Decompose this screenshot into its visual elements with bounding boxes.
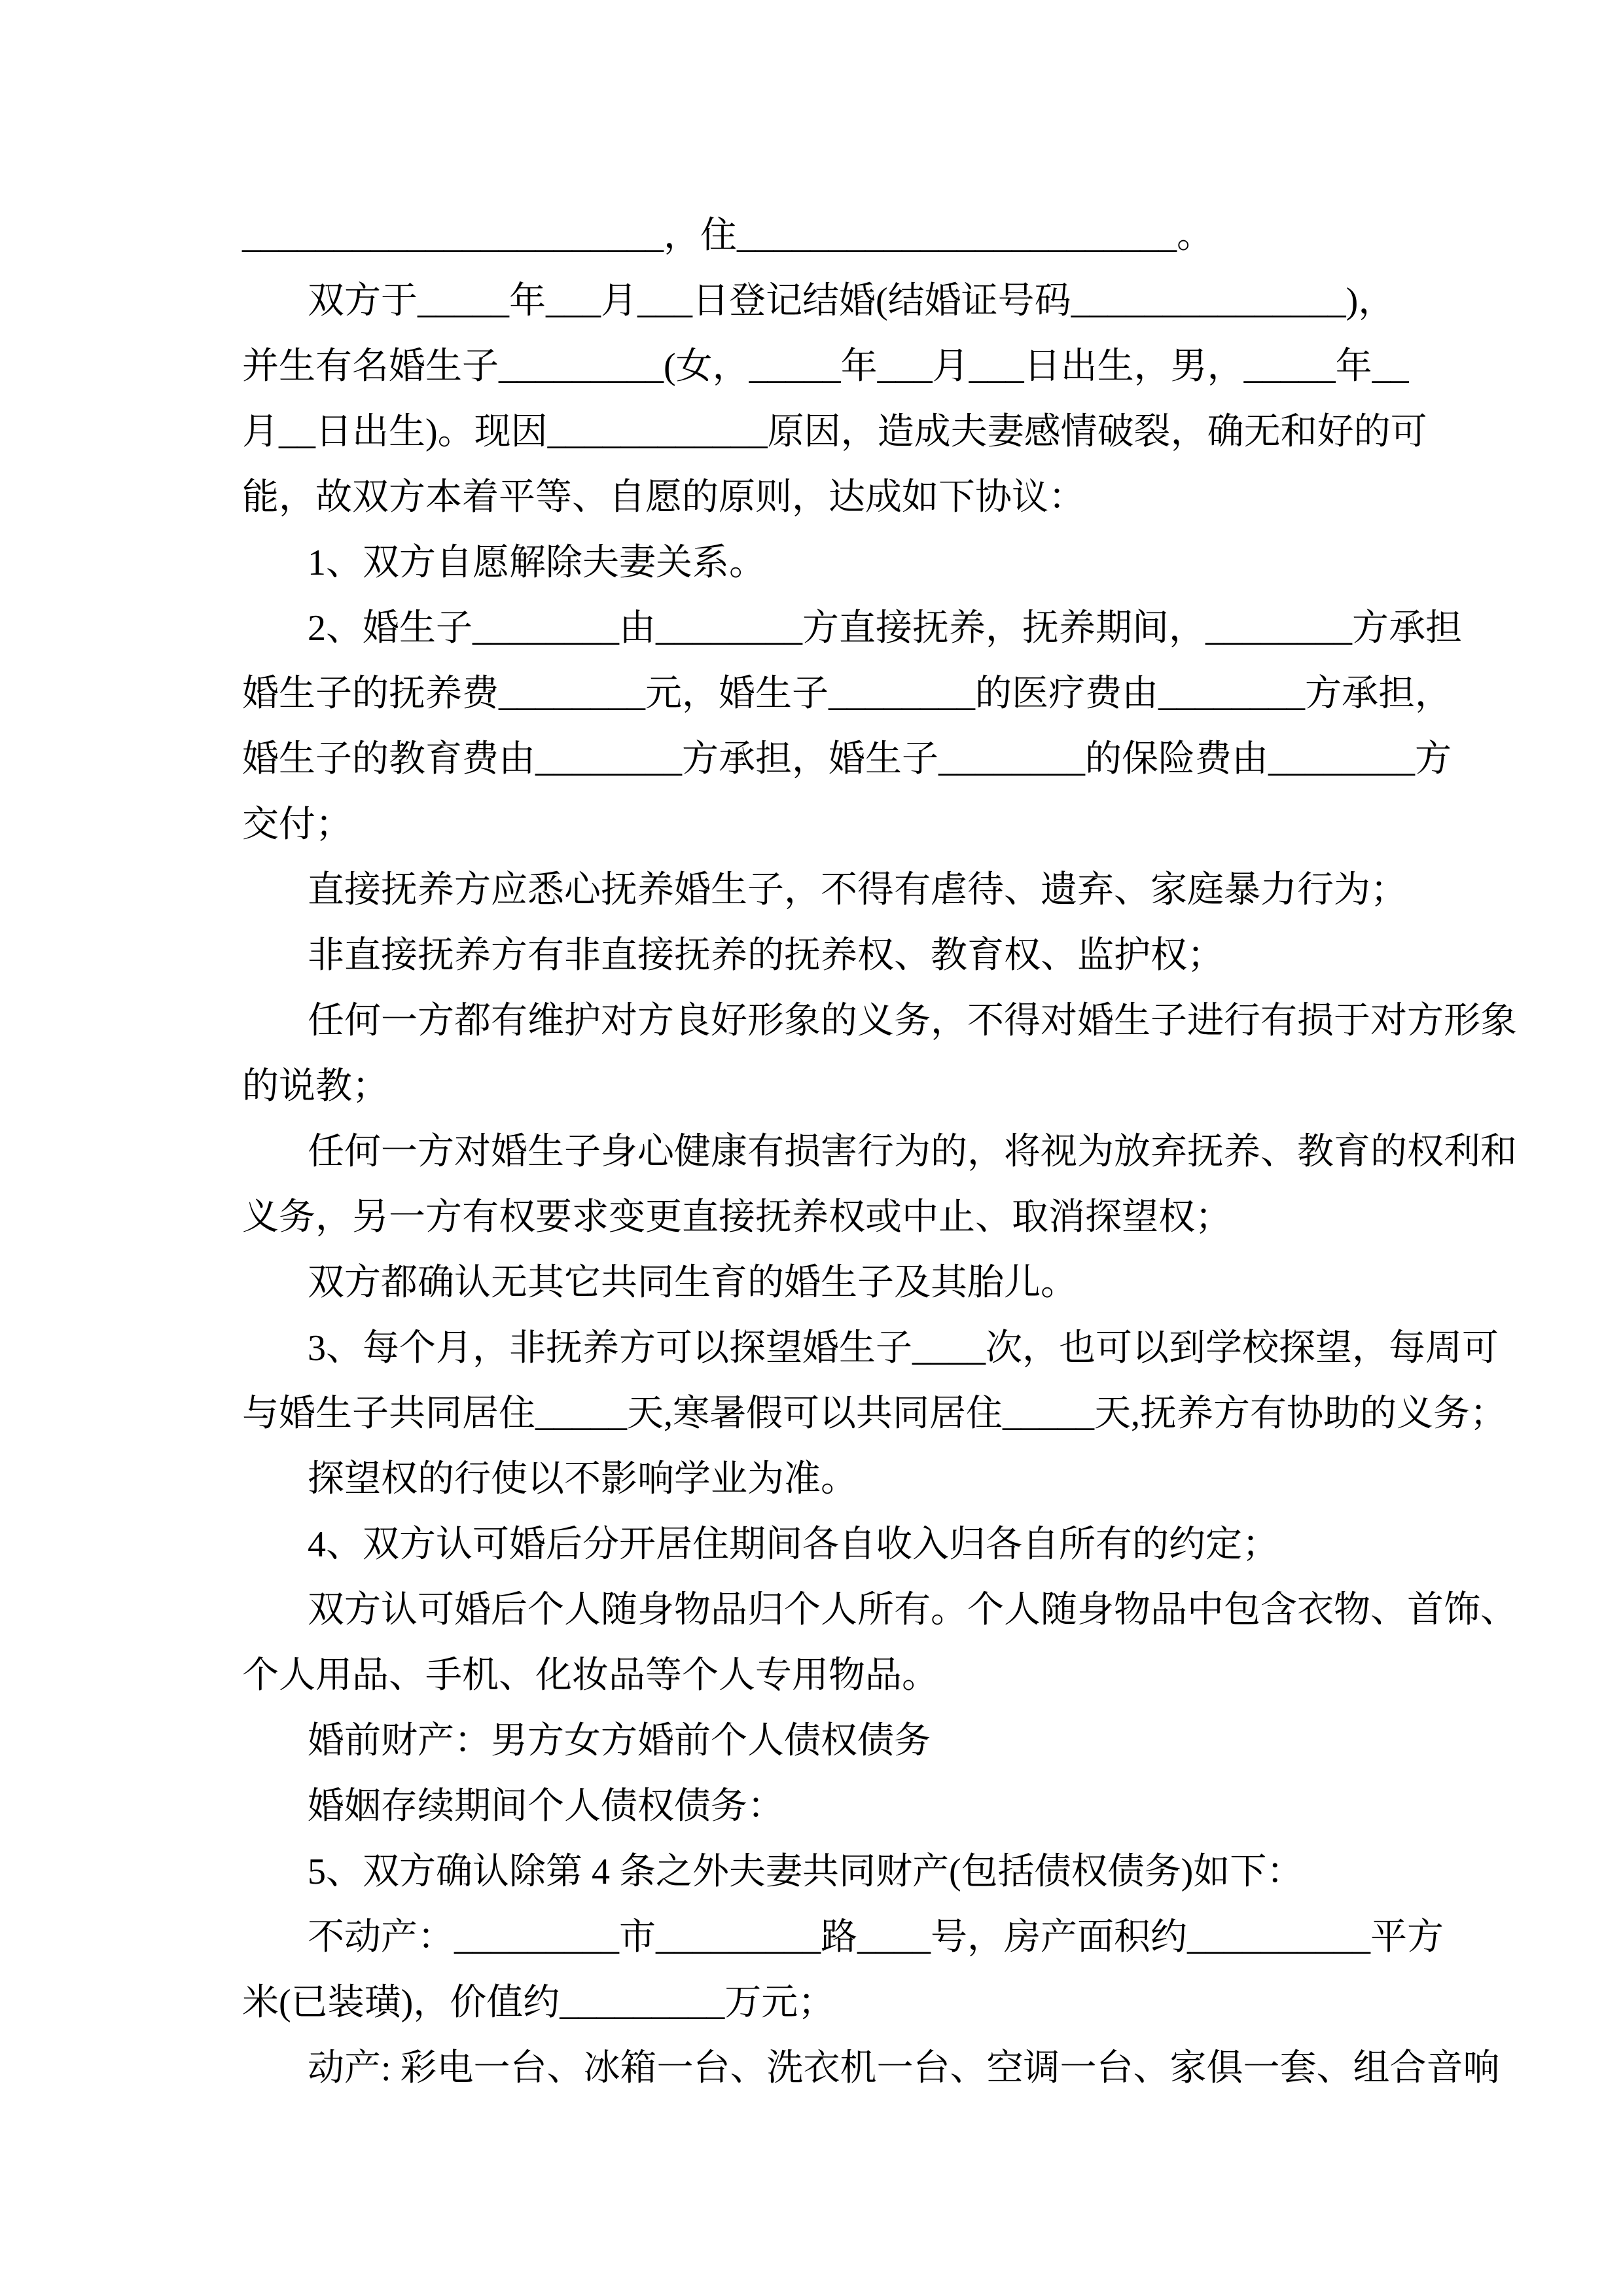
document-line: 婚姻存续期间个人债权债务： [242,1774,1446,1839]
document-line: 婚生子的教育费由________方承担，婚生子________的保险费由____… [242,726,1446,792]
document-line: 并生有名婚生子_________(女，_____年___月___日出生，男，__… [242,334,1446,399]
document-line: 婚生子的抚养费________元，婚生子________的医疗费由_______… [242,661,1446,726]
document-page: _______________________，住_______________… [0,0,1623,2296]
document-line: 个人用品、手机、化妆品等个人专用物品。 [242,1643,1446,1708]
document-line: 与婚生子共同居住_____天,寒暑假可以共同居住_____天,抚养方有协助的义务… [242,1381,1446,1446]
document-line: 月__日出生)。现因____________原因，造成夫妻感情破裂，确无和好的可 [242,399,1446,465]
document-line: 婚前财产：男方女方婚前个人债权债务 [242,1708,1446,1774]
document-line: _______________________，住_______________… [242,203,1446,268]
document-line: 4、双方认可婚后分开居住期间各自收入归各自所有的约定； [242,1512,1446,1577]
document-line: 动产: 彩电一台、冰箱一台、洗衣机一台、空调一台、家俱一套、组合音响 [242,2036,1446,2101]
document-line: 义务，另一方有权要求变更直接抚养权或中止、取消探望权； [242,1185,1446,1250]
document-line: 任何一方都有维护对方良好形象的义务，不得对婚生子进行有损于对方形象 [242,988,1446,1054]
document-line: 能，故双方本着平等、自愿的原则，达成如下协议： [242,465,1446,530]
document-line: 探望权的行使以不影响学业为准。 [242,1446,1446,1512]
document-line: 非直接抚养方有非直接抚养的抚养权、教育权、监护权； [242,923,1446,988]
document-line: 任何一方对婚生子身心健康有损害行为的，将视为放弃抚养、教育的权利和 [242,1119,1446,1185]
document-line: 米(已装璜)，价值约_________万元； [242,1970,1446,2036]
document-line: 双方都确认无其它共同生育的婚生子及其胎儿。 [242,1250,1446,1316]
document-line: 2、婚生子________由________方直接抚养，抚养期间，_______… [242,596,1446,661]
document-line: 的说教； [242,1054,1446,1119]
document-line: 3、每个月，非抚养方可以探望婚生子____次，也可以到学校探望，每周可 [242,1316,1446,1381]
document-line: 5、双方确认除第 4 条之外夫妻共同财产(包括债权债务)如下： [242,1839,1446,1905]
document-line: 双方认可婚后个人随身物品归个人所有。个人随身物品中包含衣物、首饰、 [242,1577,1446,1643]
document-line: 不动产：_________市_________路____号，房产面积约_____… [242,1905,1446,1970]
document-line: 1、双方自愿解除夫妻关系。 [242,530,1446,596]
document-line: 直接抚养方应悉心抚养婚生子，不得有虐待、遗弃、家庭暴力行为； [242,857,1446,923]
document-line: 双方于_____年___月___日登记结婚(结婚证号码_____________… [242,268,1446,334]
document-line: 交付； [242,792,1446,857]
